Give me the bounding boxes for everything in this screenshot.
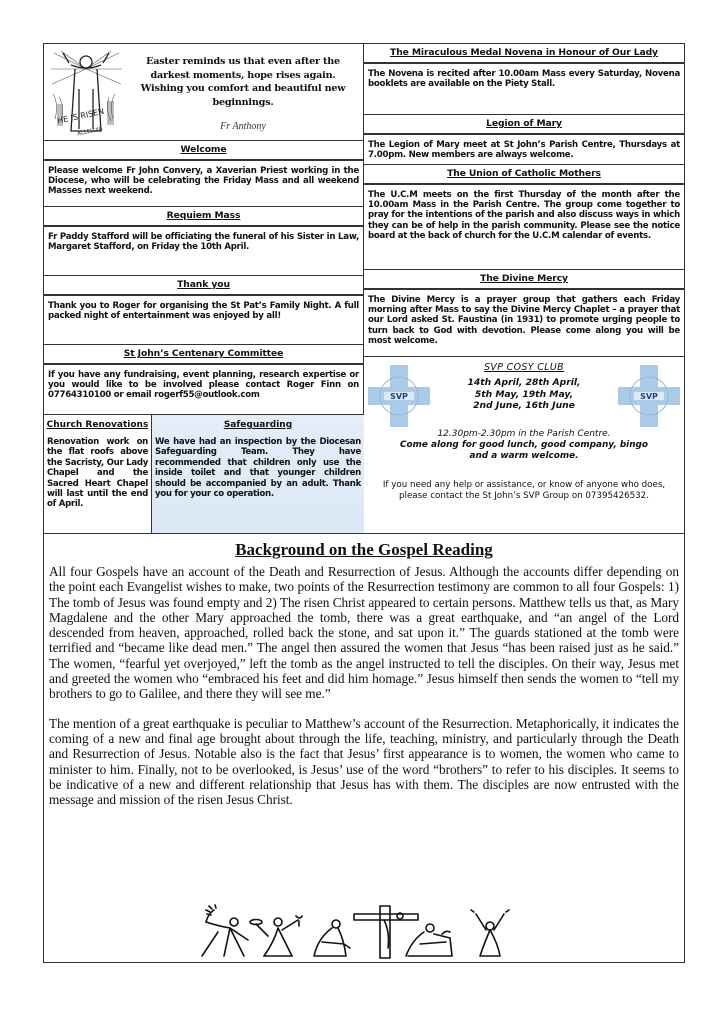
- notice-legion-of-mary: Legion of Mary The Legion of Mary meet a…: [364, 115, 684, 165]
- notice-body: Please welcome Fr John Convery, a Xaveri…: [44, 166, 363, 197]
- notice-body: Thank you to Roger for organising the St…: [44, 301, 363, 322]
- svp-invite: Come along for good lunch, good company,…: [364, 440, 684, 462]
- notice-title: The Miraculous Medal Novena in Honour of…: [364, 44, 684, 59]
- svg-text:SVP: SVP: [390, 392, 408, 401]
- notice-miraculous-medal-novena: The Miraculous Medal Novena in Honour of…: [364, 44, 684, 115]
- notice-safeguarding: Safeguarding We have had an inspection b…: [152, 415, 364, 533]
- newsletter-page: HE IS RISEN ALLELUIA Easter reminds us t…: [43, 43, 685, 963]
- notice-title: Church Renovations: [44, 415, 151, 431]
- notice-body: The Novena is recited after 10.00am Mass…: [364, 69, 684, 90]
- easter-greeting: HE IS RISEN ALLELUIA Easter reminds us t…: [44, 44, 363, 141]
- figures-around-cross-illustration-icon: [194, 904, 524, 960]
- gospel-paragraph: The mention of a great earthquake is pec…: [44, 716, 684, 808]
- notice-title: The Union of Catholic Mothers: [364, 165, 684, 180]
- notice-title: Safeguarding: [152, 415, 364, 431]
- notice-title: Thank you: [44, 276, 363, 291]
- left-column: HE IS RISEN ALLELUIA Easter reminds us t…: [44, 44, 364, 533]
- notice-body: If you have any fundraising, event plann…: [44, 370, 363, 401]
- notice-title: The Divine Mercy: [364, 270, 684, 285]
- notice-title: Legion of Mary: [364, 115, 684, 130]
- notice-church-renovations: Church Renovations Renovation work on th…: [44, 415, 152, 533]
- risen-christ-illustration-icon: HE IS RISEN ALLELUIA: [49, 49, 124, 137]
- right-column: The Miraculous Medal Novena in Honour of…: [364, 44, 684, 533]
- notice-body: We have had an inspection by the Diocesa…: [152, 437, 364, 499]
- svp-logo-icon: SVP: [618, 365, 680, 427]
- gospel-title: Background on the Gospel Reading: [44, 539, 684, 561]
- gospel-paragraph: All four Gospels have an account of the …: [44, 564, 684, 702]
- notice-body: Fr Paddy Stafford will be officiating th…: [44, 232, 363, 253]
- notice-title: Welcome: [44, 141, 363, 156]
- svp-contact: If you need any help or assistance, or k…: [364, 480, 684, 502]
- notice-welcome: Welcome Please welcome Fr John Convery, …: [44, 141, 363, 207]
- svp-dates: 14th April, 28th April, 5th May, 19th Ma…: [434, 377, 614, 412]
- svp-time: 12.30pm-2.30pm in the Parish Centre.: [364, 429, 684, 440]
- date-line: 2nd June, 16th June: [434, 400, 614, 412]
- notice-title: St John’s Centenary Committee: [44, 345, 363, 360]
- svp-logo-icon: SVP: [368, 365, 430, 427]
- notice-centenary-committee: St John’s Centenary Committee If you hav…: [44, 345, 363, 415]
- notice-thank-you: Thank you Thank you to Roger for organis…: [44, 276, 363, 345]
- easter-message: Easter reminds us that even after the da…: [128, 55, 358, 109]
- notice-requiem-mass: Requiem Mass Fr Paddy Stafford will be o…: [44, 207, 363, 276]
- date-line: 14th April, 28th April,: [434, 377, 614, 389]
- easter-signature: Fr Anthony: [128, 121, 358, 132]
- notice-divine-mercy: The Divine Mercy The Divine Mercy is a p…: [364, 270, 684, 357]
- gospel-background-section: Background on the Gospel Reading All fou…: [44, 533, 684, 962]
- date-line: 5th May, 19th May,: [434, 389, 614, 401]
- notice-title: Requiem Mass: [44, 207, 363, 222]
- notice-union-of-catholic-mothers: The Union of Catholic Mothers The U.C.M …: [364, 165, 684, 270]
- notice-body: The Legion of Mary meet at St John’s Par…: [364, 140, 684, 161]
- notice-body: Renovation work on the flat roofs above …: [44, 437, 151, 510]
- notice-body: The Divine Mercy is a prayer group that …: [364, 295, 684, 347]
- split-notices: Church Renovations Renovation work on th…: [44, 415, 363, 533]
- svg-text:SVP: SVP: [640, 392, 658, 401]
- notice-body: The U.C.M meets on the first Thursday of…: [364, 190, 684, 242]
- notice-svp-cosy-club: SVP SVP SVP COSY CLUB 14th April, 28th A…: [364, 357, 684, 533]
